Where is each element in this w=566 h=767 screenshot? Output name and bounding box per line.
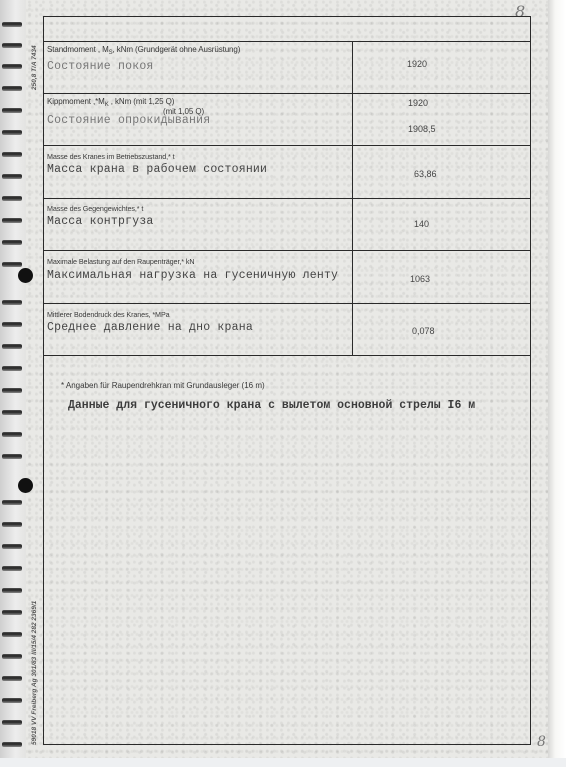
table-row-gegengewicht: Masse des Gegengewichtes,* t Масса контр…: [47, 204, 347, 228]
page-edge-right: [548, 0, 566, 767]
row-label-de: Standmoment , MS, kNm (Grundgerät ohne A…: [47, 45, 347, 56]
row-value: 1920: [408, 98, 428, 108]
binding-ring: [2, 720, 22, 725]
binding-ring: [2, 130, 22, 135]
binding-ring: [2, 322, 22, 327]
table-row-kippmoment: Kippmoment ,*MK , kNm (mit 1,25 Q) (mit …: [47, 97, 347, 127]
row-label-ru: Состояние покоя: [47, 60, 347, 73]
binding-ring: [2, 108, 22, 113]
binding-ring: [2, 676, 22, 681]
column-divider: [352, 41, 353, 355]
row-label-de: Maximale Belastung auf den Raupenträger,…: [47, 257, 347, 266]
table-row-belastung: Maximale Belastung auf den Raupenträger,…: [47, 257, 347, 282]
table-row-standmoment: Standmoment , MS, kNm (Grundgerät ohne A…: [47, 45, 347, 73]
binding-ring: [2, 500, 22, 505]
row-divider: [43, 145, 531, 146]
binding-ring: [2, 64, 22, 69]
row-value: 0,078: [412, 326, 435, 336]
binding-ring: [2, 698, 22, 703]
page-number-bottom: 8: [537, 734, 546, 750]
binding-ring: [2, 196, 22, 201]
binding-ring: [2, 388, 22, 393]
binding-ring: [2, 566, 22, 571]
footnote-de: * Angaben für Raupendrehkran mit Grundau…: [61, 381, 265, 390]
punch-hole: [18, 478, 33, 493]
side-form-code-top: 250,8 T/A 7434: [31, 45, 38, 90]
binding-ring: [2, 366, 22, 371]
row-label-de: Masse des Gegengewichtes,* t: [47, 204, 347, 213]
binding-ring: [2, 610, 22, 615]
binding-ring: [2, 632, 22, 637]
row-divider: [43, 93, 531, 94]
binding-ring: [2, 344, 22, 349]
row-label-de: Masse des Kranes im Betriebszustand,* t: [47, 152, 347, 161]
footnote-ru: Данные для гусеничного крана с вылетом о…: [68, 399, 475, 412]
binding-ring: [2, 588, 22, 593]
binding-ring: [2, 522, 22, 527]
row-divider: [43, 355, 531, 356]
binding-ring: [2, 22, 22, 27]
binding-ring: [2, 43, 22, 48]
row-value: 1063: [410, 274, 430, 284]
row-label-ru: Максимальная нагрузка на гусеничную лент…: [47, 269, 347, 282]
row-divider: [43, 250, 531, 251]
binding-ring: [2, 152, 22, 157]
table-row-masse-kran: Masse des Kranes im Betriebszustand,* t …: [47, 152, 347, 176]
binding-ring: [2, 742, 22, 747]
row-label-ru: Масса контргуза: [47, 215, 347, 228]
binding-ring: [2, 174, 22, 179]
row-label-de: Mittlerer Bodendruck des Kranes, *MPa: [47, 310, 347, 319]
row-label-ru: Среднее давление на дно крана: [47, 321, 347, 334]
binding-ring: [2, 240, 22, 245]
row-value: 1908,5: [408, 124, 436, 134]
punch-hole: [18, 268, 33, 283]
binding-ring: [2, 218, 22, 223]
row-label-ru: Масса крана в рабочем состоянии: [47, 163, 347, 176]
binding-ring: [2, 454, 22, 459]
binding-ring: [2, 432, 22, 437]
page-edge-bottom: [0, 758, 566, 767]
binding-ring: [2, 300, 22, 305]
binding-ring: [2, 262, 22, 267]
row-divider: [43, 41, 531, 42]
spiral-binding: [0, 0, 26, 758]
binding-ring: [2, 86, 22, 91]
binding-ring: [2, 654, 22, 659]
row-value: 1920: [407, 59, 427, 69]
row-value: 140: [414, 219, 429, 229]
row-label-ru: Состояние опрокидывания: [47, 114, 347, 127]
table-row-bodendruck: Mittlerer Bodendruck des Kranes, *MPa Ср…: [47, 310, 347, 334]
binding-ring: [2, 410, 22, 415]
binding-ring: [2, 544, 22, 549]
row-divider: [43, 198, 531, 199]
row-value: 63,86: [414, 169, 437, 179]
side-form-code-bottom: 59018 VV Freiberg Ag 301/83 III/15/4 282…: [31, 601, 38, 745]
row-divider: [43, 303, 531, 304]
